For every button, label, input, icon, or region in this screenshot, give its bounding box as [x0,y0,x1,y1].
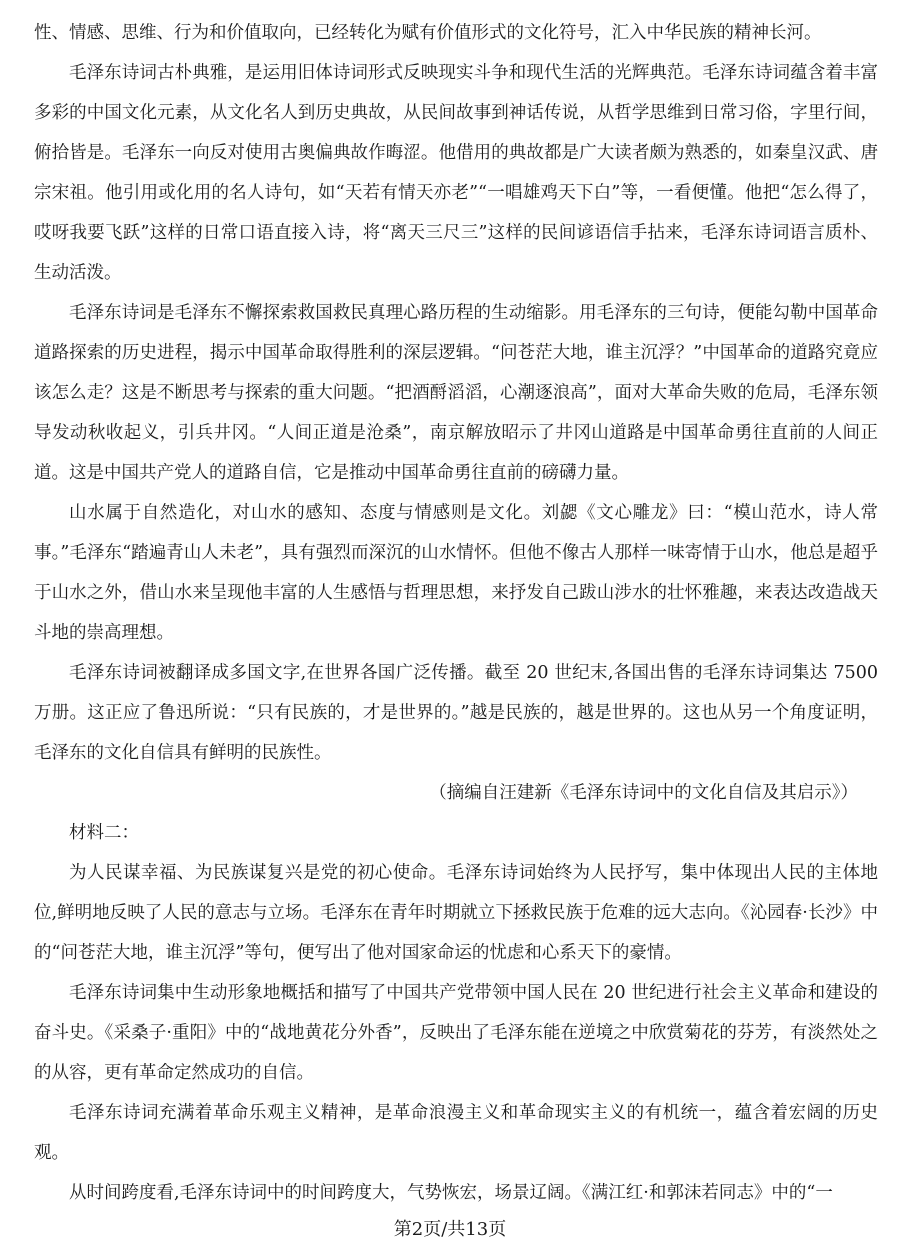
paragraph: 为人民谋幸福、为民族谋复兴是党的初心使命。毛泽东诗词始终为人民抒写，集中体现出人… [34,853,878,973]
paragraph: 山水属于自然造化，对山水的感知、态度与情感则是文化。刘勰《文心雕龙》曰：“模山范… [34,493,878,653]
document-page: 性、情感、思维、行为和价值取向，已经转化为赋有价值形式的文化符号，汇入中华民族的… [0,0,900,1252]
paragraph: 从时间跨度看,毛泽东诗词中的时间跨度大，气势恢宏，场景辽阔。《满江红·和郭沫若同… [34,1173,878,1213]
paragraph: 材料二： [34,813,878,853]
page-number: 第2页/共13页 [0,1218,900,1242]
paragraph: 性、情感、思维、行为和价值取向，已经转化为赋有价值形式的文化符号，汇入中华民族的… [34,13,878,53]
paragraph: 毛泽东诗词充满着革命乐观主义精神，是革命浪漫主义和革命现实主义的有机统一，蕴含着… [34,1093,878,1173]
paragraph: 毛泽东诗词被翻译成多国文字,在世界各国广泛传播。截至 20 世纪末,各国出售的毛… [34,653,878,773]
paragraph: 毛泽东诗词是毛泽东不懈探索救国救民真理心路历程的生动缩影。用毛泽东的三句诗，便能… [34,293,878,493]
document-body: 性、情感、思维、行为和价值取向，已经转化为赋有价值形式的文化符号，汇入中华民族的… [34,13,878,1213]
paragraph: 毛泽东诗词古朴典雅，是运用旧体诗词形式反映现实斗争和现代生活的光辉典范。毛泽东诗… [34,53,878,293]
paragraph: 毛泽东诗词集中生动形象地概括和描写了中国共产党带领中国人民在 20 世纪进行社会… [34,973,878,1093]
paragraph: （摘编自汪建新《毛泽东诗词中的文化自信及其启示》） [34,773,878,813]
